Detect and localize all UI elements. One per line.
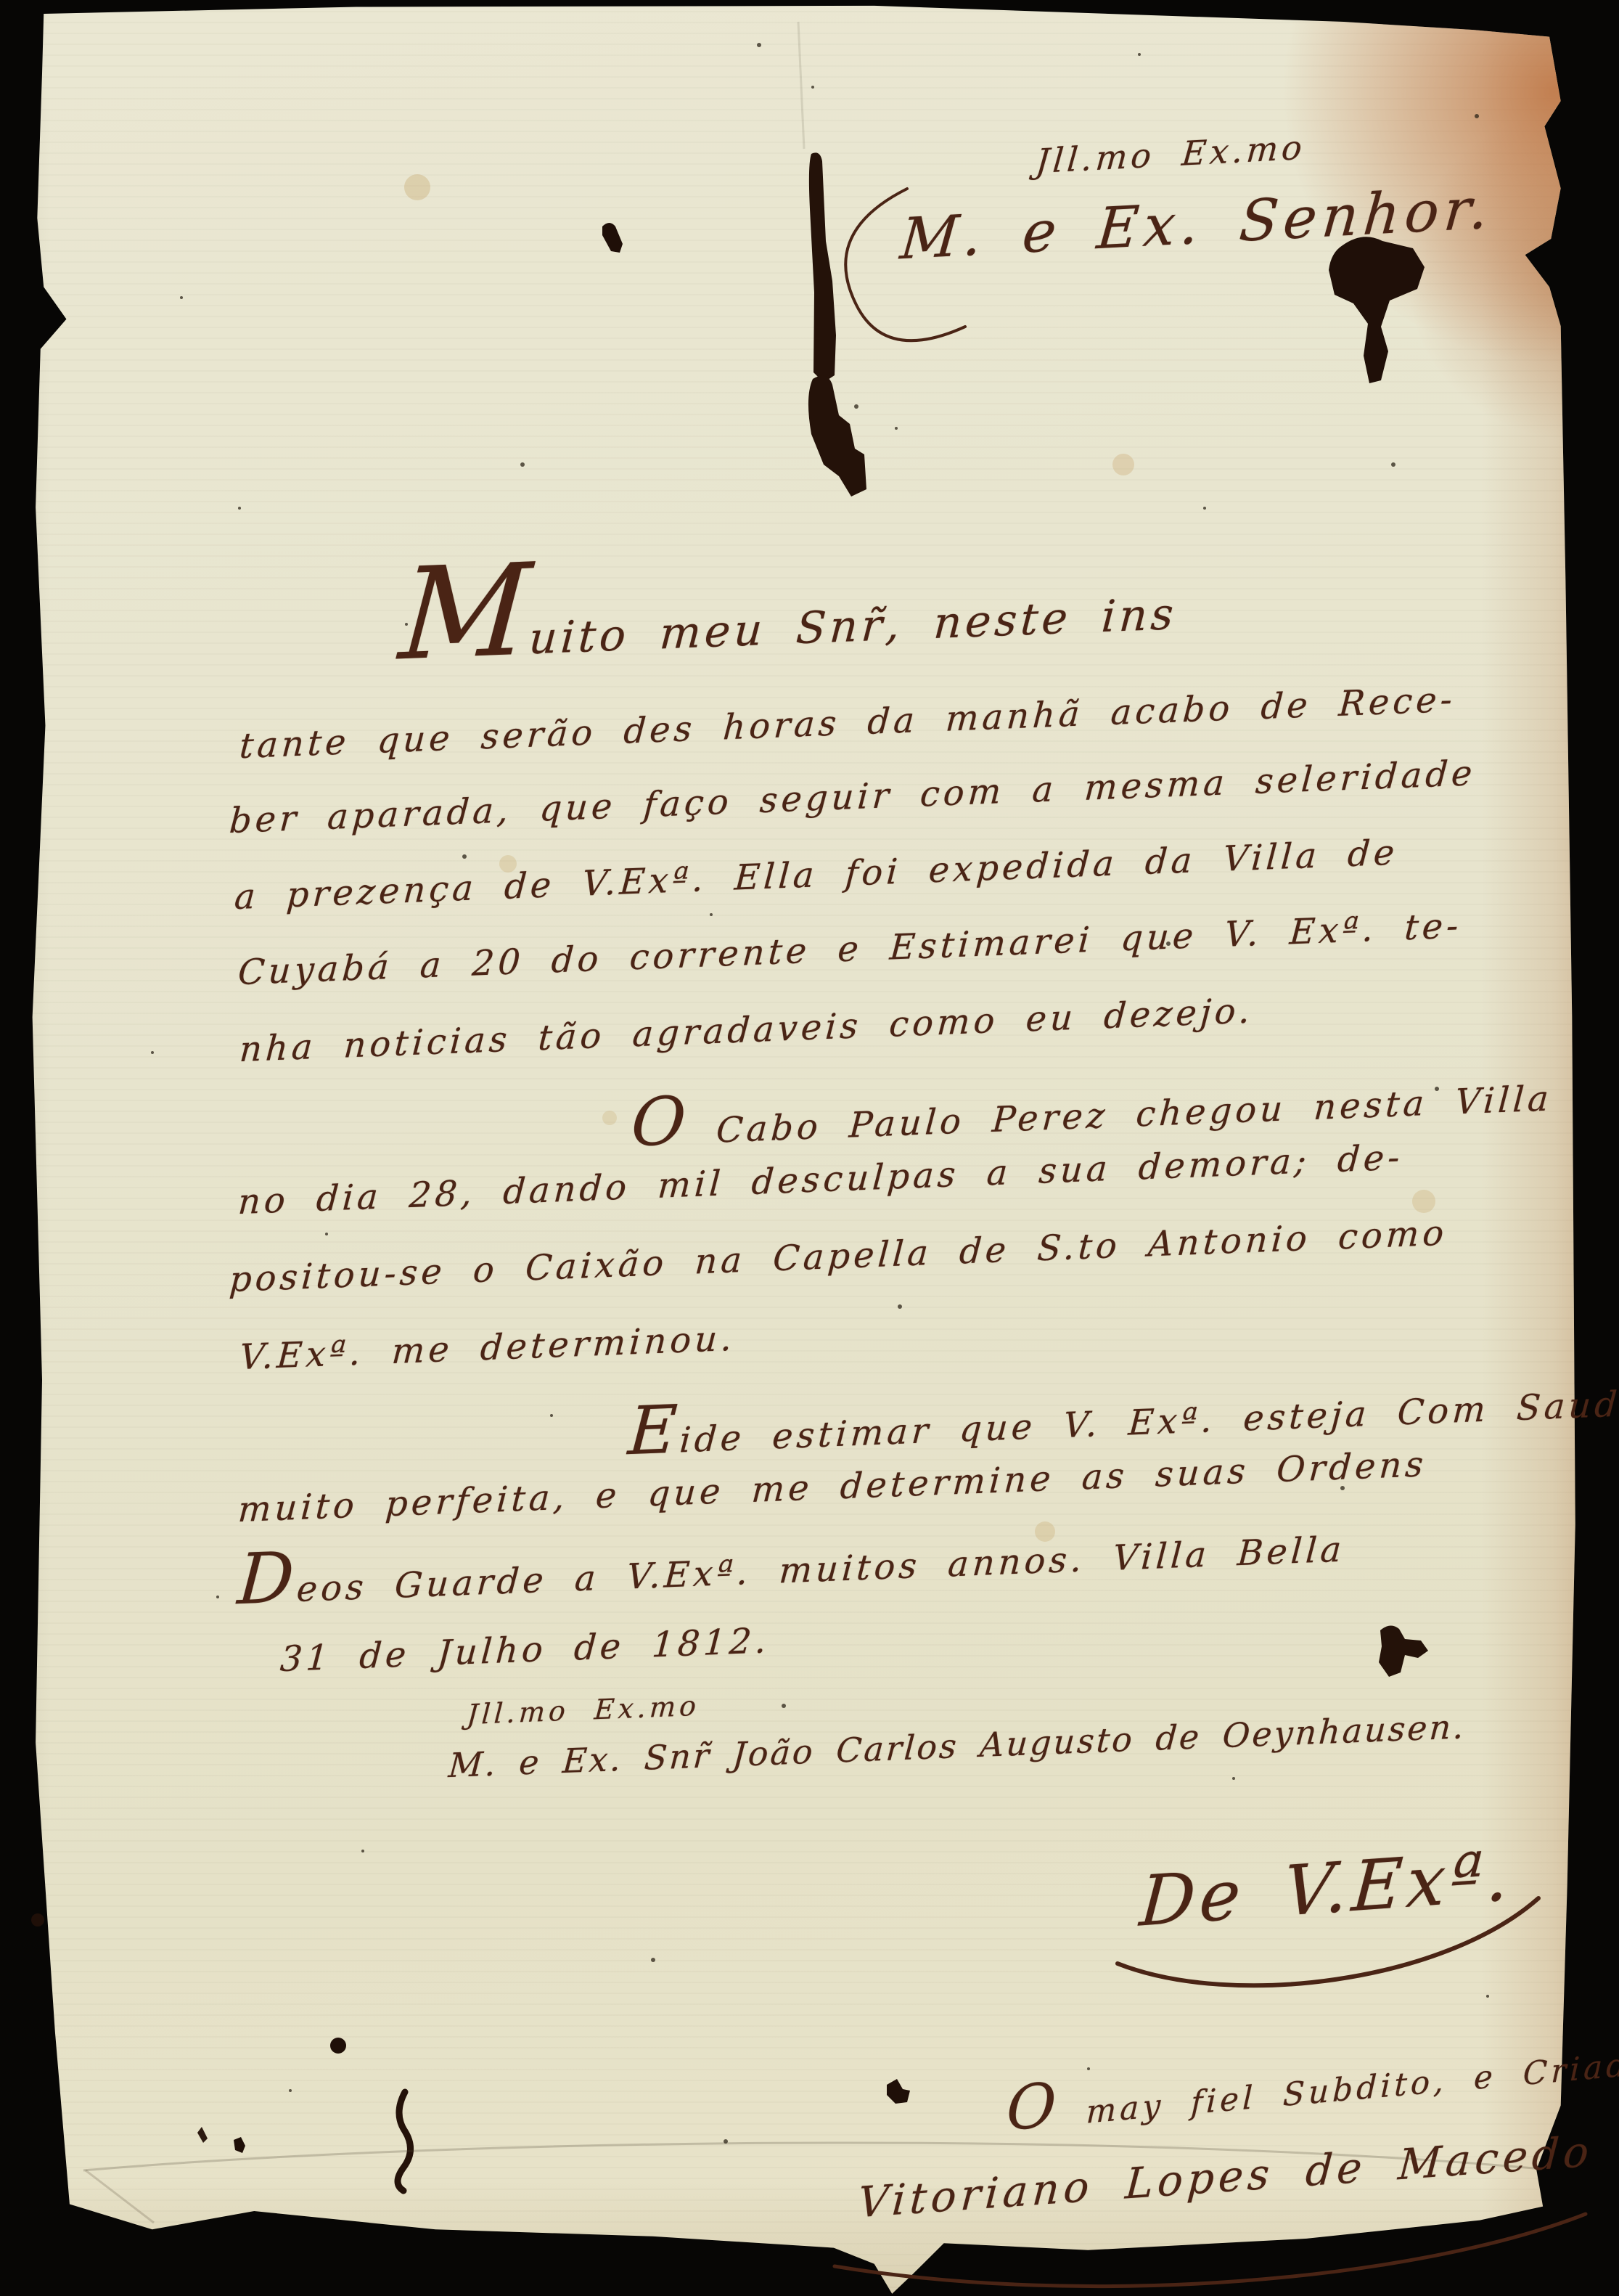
photographed-manuscript: { "colors": { "backdrop": "#070605", "pa… (0, 0, 1619, 2296)
